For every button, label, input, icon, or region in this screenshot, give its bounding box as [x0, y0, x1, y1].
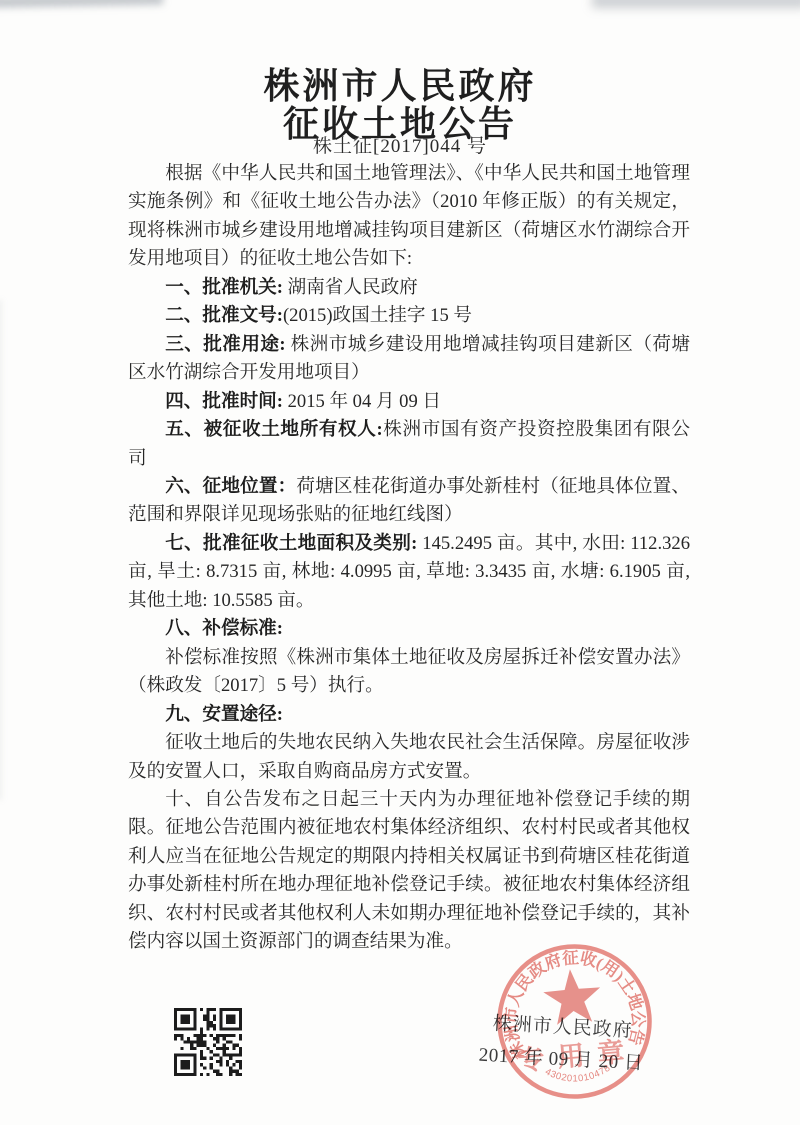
paragraph-item-4: 四、批准时间: 2015 年 04 月 09 日	[128, 388, 690, 416]
page-title-government: 株洲市人民政府	[0, 68, 800, 104]
paragraph-compensation: 补偿标准按照《株洲市集体土地征收及房屋拆迁补偿安置办法》（株政发〔2017〕5 …	[128, 644, 690, 701]
document-number: 株土征[2017]044 号	[0, 131, 800, 158]
signature-date: 2017 年 09 月 20 日	[461, 1039, 662, 1076]
paragraph-label: 六、征地位置：	[165, 476, 296, 497]
qr-code	[174, 1008, 242, 1076]
paragraph-label: 二、批准文号:	[165, 305, 283, 326]
paragraph-text: 湖南省人民政府	[283, 277, 418, 298]
paragraph-label: 五、被征收土地所有权人:	[165, 419, 382, 440]
scan-smudge-left-edge	[0, 300, 2, 800]
paragraph-item-1: 一、批准机关: 湖南省人民政府	[128, 274, 690, 302]
paragraph-item-7: 七、批准征收土地面积及类别: 145.2495 亩。其中, 水田: 112.32…	[128, 530, 690, 615]
paragraph-resettlement: 征收土地后的失地农民纳入失地农民社会生活保障。房屋征收涉及的安置人口，采取自购商…	[128, 729, 690, 786]
paragraph-item-10: 十、自公告发布之日起三十天内为办理征地补偿登记手续的期限。征地公告范围内被征地农…	[128, 786, 690, 957]
scan-smudge-top-right	[592, 0, 800, 8]
paragraph-text: 2015 年 04 月 09 日	[283, 391, 441, 412]
signature-organization: 株洲市人民政府	[462, 1007, 663, 1044]
paragraph-text: 征收土地后的失地农民纳入失地农民社会生活保障。房屋征收涉及的安置人口，采取自购商…	[128, 732, 690, 781]
paragraph-item-3: 三、批准用途: 株洲市城乡建设用地增减挂钩项目建新区（荷塘区水竹湖综合开发用地项…	[128, 331, 690, 388]
paragraph-item-2: 二、批准文号:(2015)政国土挂字 15 号	[128, 302, 690, 330]
paragraph-label: 四、批准时间:	[165, 391, 283, 412]
paragraph-intro: 根据《中华人民共和国土地管理法》、《中华人民共和国土地管理实施条例》和《征收土地…	[128, 160, 690, 274]
paragraph-text: (2015)政国土挂字 15 号	[283, 305, 472, 326]
paragraph-item-8: 八、补偿标准:	[128, 615, 690, 643]
announcement-body: 根据《中华人民共和国土地管理法》、《中华人民共和国土地管理实施条例》和《征收土地…	[128, 160, 690, 957]
land-expropriation-announcement-page: 株洲市人民政府 征收土地公告 株土征[2017]044 号 根据《中华人民共和国…	[0, 0, 800, 1125]
paragraph-item-5: 五、被征收土地所有权人:株洲市国有资产投资控股集团有限公司	[128, 416, 690, 473]
paragraph-label: 九、安置途径:	[165, 704, 283, 725]
paragraph-label: 七、批准征收土地面积及类别:	[165, 533, 417, 554]
paragraph-text: 十、自公告发布之日起三十天内为办理征地补偿登记手续的期限。征地公告范围内被征地农…	[128, 789, 690, 952]
signature-block: 株洲市人民政府 2017 年 09 月 20 日	[461, 1007, 664, 1076]
paragraph-item-9: 九、安置途径:	[128, 701, 690, 729]
scan-smudge-top-left	[0, 0, 163, 8]
paragraph-label: 八、补偿标准:	[165, 618, 283, 639]
paragraph-item-6: 六、征地位置：荷塘区桂花街道办事处新桂村（征地具体位置、范围和界限详见现场张贴的…	[128, 473, 690, 530]
paragraph-label: 一、批准机关:	[165, 277, 283, 298]
paragraph-label: 三、批准用途:	[165, 334, 285, 355]
paragraph-text: 根据《中华人民共和国土地管理法》、《中华人民共和国土地管理实施条例》和《征收土地…	[128, 163, 690, 269]
paragraph-text: 补偿标准按照《株洲市集体土地征收及房屋拆迁补偿安置办法》（株政发〔2017〕5 …	[128, 647, 690, 696]
